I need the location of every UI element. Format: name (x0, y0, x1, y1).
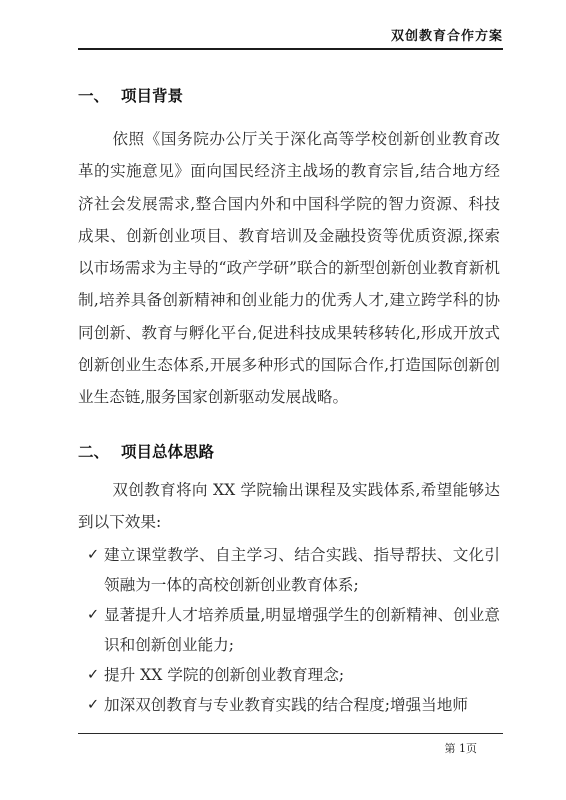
list-item: ✓ 加深双创教育与专业教育实践的结合程度;增强当地师 (78, 690, 500, 720)
checkmark-icon: ✓ (87, 660, 99, 690)
section-2-heading: 二、项目总体思路 (78, 443, 500, 462)
list-item-text: 提升 XX 学院的创新创业教育理念; (104, 666, 344, 684)
list-item: ✓ 建立课堂教学、自主学习、结合实践、指导帮扶、文化引领融为一体的高校创新创业教… (78, 540, 500, 600)
list-item-text: 加深双创教育与专业教育实践的结合程度;增强当地师 (104, 696, 468, 714)
section-2-paragraph: 双创教育将向 XX 学院输出课程及实践体系,希望能够达到以下效果: (78, 474, 500, 539)
page-footer: 第 1页 (78, 733, 503, 756)
section-1-heading: 一、项目背景 (78, 87, 500, 106)
page-content: 一、项目背景 依照《国务院办公厅关于深化高等学校创新创业教育改革的实施意见》面向… (78, 47, 500, 720)
section-1-title: 项目背景 (121, 87, 183, 105)
section-1-number: 一、 (78, 87, 109, 105)
document-page: 双创教育合作方案 一、项目背景 依照《国务院办公厅关于深化高等学校创新创业教育改… (0, 0, 566, 800)
page-header: 双创教育合作方案 (78, 0, 503, 50)
section-2-number: 二、 (78, 443, 109, 461)
list-item-text: 显著提升人才培养质量,明显增强学生的创新精神、创业意识和创新创业能力; (104, 606, 500, 654)
checkmark-icon: ✓ (87, 690, 99, 720)
section-2-title: 项目总体思路 (121, 443, 214, 461)
section-1-paragraph: 依照《国务院办公厅关于深化高等学校创新创业教育改革的实施意见》面向国民经济主战场… (78, 123, 500, 414)
list-item-text: 建立课堂教学、自主学习、结合实践、指导帮扶、文化引领融为一体的高校创新创业教育体… (104, 546, 500, 594)
list-item: ✓ 显著提升人才培养质量,明显增强学生的创新精神、创业意识和创新创业能力; (78, 600, 500, 660)
header-title: 双创教育合作方案 (391, 29, 503, 44)
checkmark-icon: ✓ (87, 540, 99, 570)
checkmark-icon: ✓ (87, 600, 99, 630)
list-item: ✓ 提升 XX 学院的创新创业教育理念; (78, 660, 500, 690)
effects-list: ✓ 建立课堂教学、自主学习、结合实践、指导帮扶、文化引领融为一体的高校创新创业教… (78, 540, 500, 720)
page-number: 第 1页 (445, 742, 478, 755)
